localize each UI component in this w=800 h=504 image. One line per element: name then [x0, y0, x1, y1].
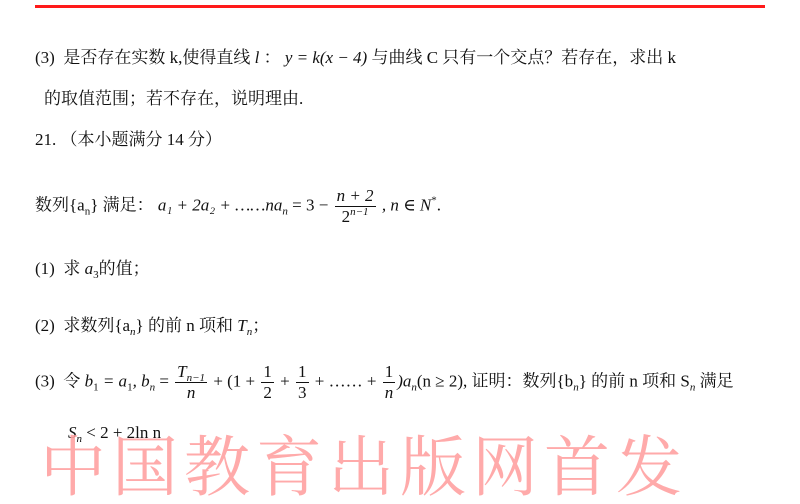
fraction: 13: [296, 362, 309, 403]
text: 与曲线 C 只有一个交点？若存在，求出 k: [371, 48, 676, 67]
text: 数列{a: [35, 195, 85, 214]
math: +: [280, 371, 290, 390]
math-equation: y = k(x − 4): [285, 48, 367, 67]
math: (n ≥ 2),: [417, 371, 467, 390]
part-label: (3): [35, 48, 55, 67]
fraction: 12: [261, 362, 274, 403]
text: 求数列{a: [63, 316, 130, 335]
q20-part3-line1: (3) 是否存在实数 k,使得直线 l ： y = k(x − 4) 与曲线 C…: [35, 47, 676, 69]
text: .: [437, 195, 441, 214]
text: ：: [264, 48, 281, 67]
fraction: 1n: [383, 362, 396, 403]
math: + (1 +: [213, 371, 255, 390]
numerator: 1: [261, 362, 274, 383]
math-var: T: [237, 316, 246, 335]
denominator: n: [383, 383, 396, 403]
math-var: a: [85, 259, 94, 278]
text: 令: [63, 371, 80, 390]
q20-part3-line2: 的取值范围；若不存在，说明理由.: [44, 88, 303, 110]
numerator: 1: [296, 362, 309, 383]
fraction: n + 2 2n−1: [335, 186, 376, 227]
q21-part2: (2) 求数列{an} 的前 n 项和 Tn；: [35, 315, 269, 337]
t: T: [177, 362, 186, 381]
exp: n−1: [350, 206, 368, 218]
q21-header: 21. （本小题满分 14 分）: [35, 129, 222, 151]
sub: n: [282, 205, 288, 217]
denominator: 2: [261, 383, 274, 403]
text: } 满足：: [90, 195, 153, 214]
text: } 的前 n 项和: [136, 316, 233, 335]
math-var: l: [255, 48, 260, 67]
denominator: 3: [296, 383, 309, 403]
numerator: 1: [383, 362, 396, 383]
part-label: (2): [35, 316, 55, 335]
math: b: [85, 371, 94, 390]
part-label: (1): [35, 259, 55, 278]
math: =: [155, 371, 169, 390]
text: 求: [63, 259, 80, 278]
base: 2: [342, 207, 351, 226]
math: = a: [99, 371, 127, 390]
text: 证明：数列{b: [467, 371, 573, 390]
denominator: 2n−1: [335, 207, 376, 227]
math: )a: [397, 371, 411, 390]
header-rule: [35, 5, 765, 8]
math-lhs: a₁ + 2a₂ + ……na: [158, 195, 283, 214]
math: , b: [133, 371, 150, 390]
part-label: (3): [35, 371, 55, 390]
watermark: 中国教育出版网首发: [40, 432, 760, 504]
text: 的值；: [99, 259, 150, 278]
text: ；: [252, 316, 269, 335]
math: + …… +: [315, 371, 377, 390]
text: 是否存在实数 k,使得直线: [63, 48, 250, 67]
text: 的取值范围；若不存在，说明理由.: [44, 89, 303, 108]
text: } 的前 n 项和 S: [579, 371, 690, 390]
q21-intro: 数列{an} 满足： a₁ + 2a₂ + ……nan = 3 − n + 2 …: [35, 186, 441, 227]
numerator: Tn−1: [175, 362, 207, 383]
q21-part3-line1: (3) 令 b1 = a1, bn = Tn−1n + (1 + 12 + 13…: [35, 362, 734, 403]
fraction: Tn−1n: [175, 362, 207, 403]
math: , n ∈ N: [382, 195, 431, 214]
math: = 3 −: [292, 195, 328, 214]
q21-part1: (1) 求 a3的值；: [35, 258, 150, 280]
text: 满足: [695, 371, 733, 390]
numerator: n + 2: [335, 186, 376, 207]
denominator: n: [175, 383, 207, 403]
